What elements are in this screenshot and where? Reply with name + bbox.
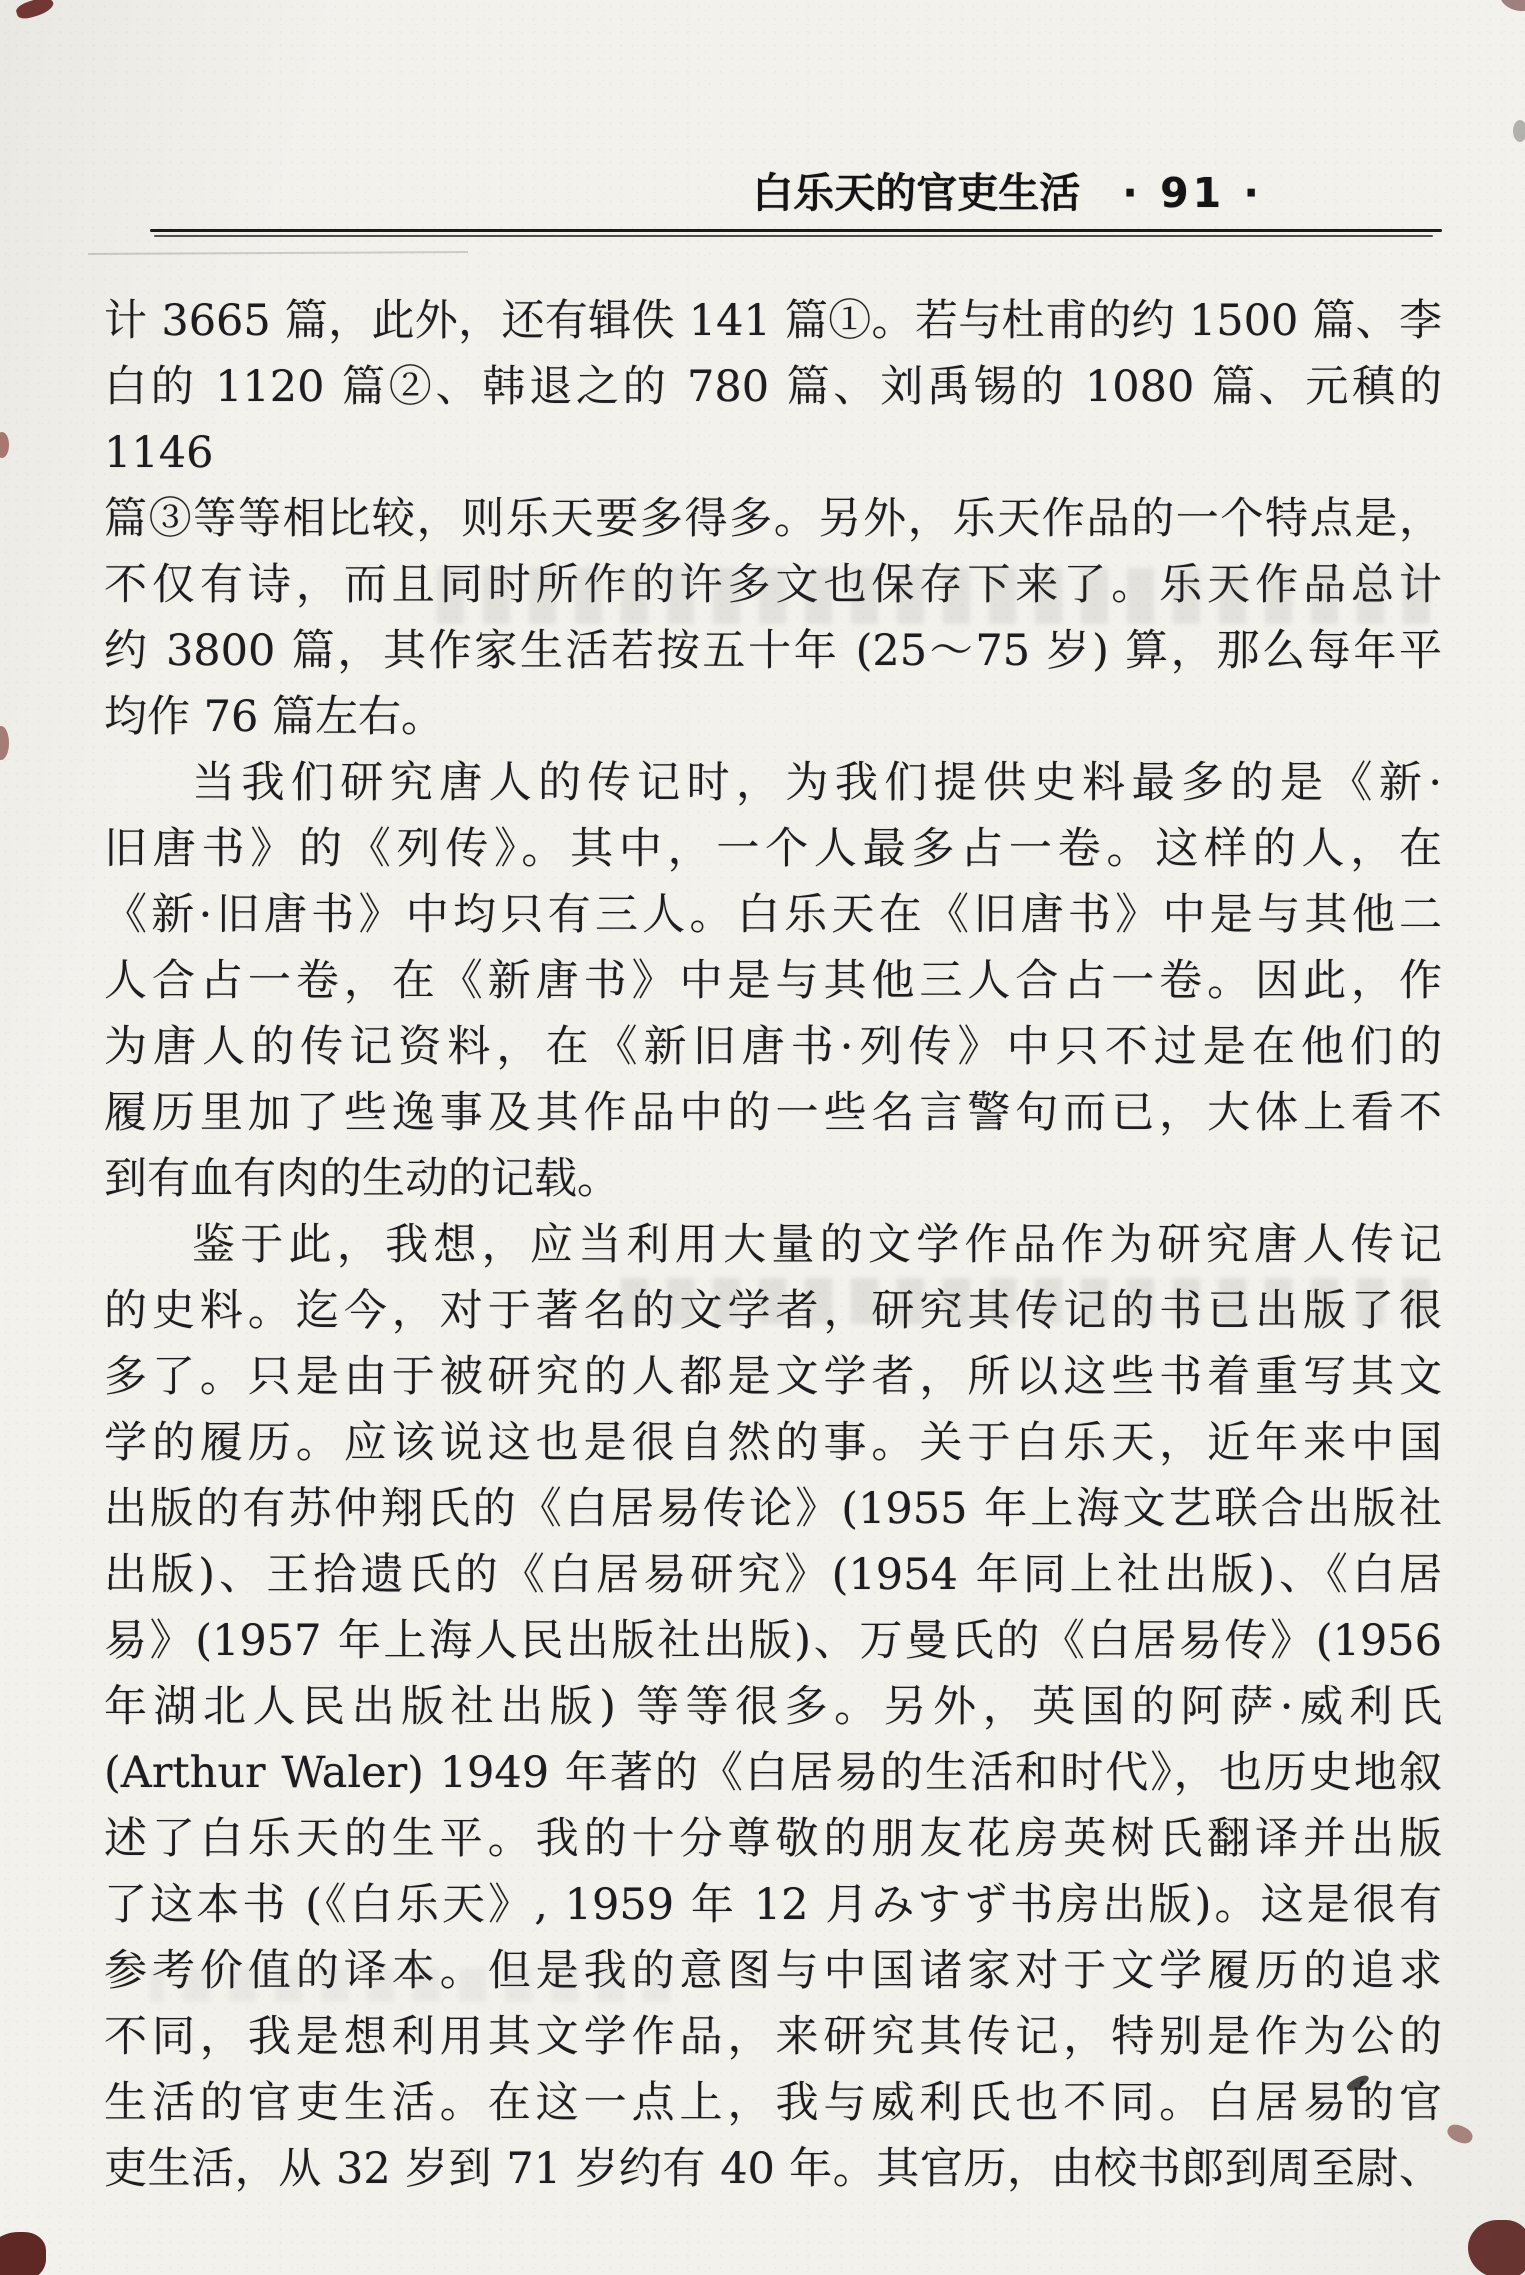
- chapter-title: 白乐天的官吏生活: [752, 160, 1080, 219]
- header-rule-shadow: [88, 251, 468, 255]
- paragraph: 当我们研究唐人的传记时，为我们提供史料最多的是《新· 旧唐书》的《列传》。其中，…: [104, 750, 1442, 1212]
- body-text: 计 3665 篇，此外，还有辑佚 141 篇①。若与杜甫的约 1500 篇、李 …: [104, 288, 1442, 2202]
- text-line: 篇③等等相比较，则乐天要多得多。另外，乐天作品的一个特点是，: [104, 486, 1442, 552]
- text-line: 不同，我是想利用其文学作品，来研究其传记，特别是作为公的: [104, 2004, 1442, 2070]
- text-line: 了这本书 (《白乐天》, 1959 年 12 月みすず书房出版)。这是很有: [104, 1872, 1442, 1938]
- paragraph: 鉴于此，我想，应当利用大量的文学作品作为研究唐人传记 的史料。迄今，对于著名的文…: [104, 1212, 1442, 2202]
- text-line: 人合占一卷，在《新唐书》中是与其他三人合占一卷。因此，作: [104, 948, 1442, 1014]
- ink-stain: [0, 432, 9, 458]
- text-line: 约 3800 篇，其作家生活若按五十年 (25～75 岁) 算，那么每年平: [104, 618, 1442, 684]
- text-line: 的史料。迄今，对于著名的文学者，研究其传记的书已出版了很: [104, 1278, 1442, 1344]
- text-line: 到有血有肉的生动的记载。: [104, 1146, 1442, 1212]
- ink-stain: [0, 2232, 46, 2275]
- text-line: 生活的官吏生活。在这一点上，我与威利氏也不同。白居易的官: [104, 2070, 1442, 2136]
- text-line: 不仅有诗，而且同时所作的许多文也保存下来了。乐天作品总计: [104, 552, 1442, 618]
- text-line: 《新·旧唐书》中均只有三人。白乐天在《旧唐书》中是与其他二: [104, 882, 1442, 948]
- text-line: 参考价值的译本。但是我的意图与中国诸家对于文学履历的追求: [104, 1938, 1442, 2004]
- ink-stain: [1445, 2121, 1475, 2146]
- text-line: 出版的有苏仲翔氏的《白居易传论》(1955 年上海文艺联合出版社: [104, 1476, 1442, 1542]
- text-line: 白的 1120 篇②、韩退之的 780 篇、刘禹锡的 1080 篇、元稹的 11…: [104, 354, 1442, 486]
- text-line: (Arthur Waler) 1949 年著的《白居易的生活和时代》，也历史地叙: [104, 1740, 1442, 1806]
- text-line: 易》(1957 年上海人民出版社出版)、万曼氏的《白居易传》(1956: [104, 1608, 1442, 1674]
- text-line: 履历里加了些逸事及其作品中的一些名言警句而已，大体上看不: [104, 1080, 1442, 1146]
- scanned-book-page: 白乐天的官吏生活 · 91 · 计 3665 篇，此外，还有辑佚 141 篇①。…: [0, 0, 1525, 2275]
- ink-stain: [1468, 2220, 1525, 2275]
- text-line: 当我们研究唐人的传记时，为我们提供史料最多的是《新·: [104, 750, 1442, 816]
- text-line: 鉴于此，我想，应当利用大量的文学作品作为研究唐人传记: [104, 1212, 1442, 1278]
- running-header: 白乐天的官吏生活 · 91 ·: [105, 160, 1263, 219]
- paragraph: 计 3665 篇，此外，还有辑佚 141 篇①。若与杜甫的约 1500 篇、李 …: [104, 288, 1442, 750]
- text-line: 吏生活，从 32 岁到 71 岁约有 40 年。其官历，由校书郎到周至尉、: [104, 2136, 1442, 2202]
- text-line: 旧唐书》的《列传》。其中，一个人最多占一卷。这样的人，在: [104, 816, 1442, 882]
- ink-stain: [0, 726, 9, 760]
- text-line: 计 3665 篇，此外，还有辑佚 141 篇①。若与杜甫的约 1500 篇、李: [104, 288, 1442, 354]
- page-number: · 91 ·: [1122, 169, 1263, 217]
- text-line: 学的履历。应该说这也是很自然的事。关于白乐天，近年来中国: [104, 1410, 1442, 1476]
- text-line: 为唐人的传记资料，在《新旧唐书·列传》中只不过是在他们的: [104, 1014, 1442, 1080]
- ink-stain: [1498, 0, 1525, 15]
- ink-stain: [1513, 120, 1525, 142]
- header-rule: [150, 229, 1442, 238]
- ink-stain: [14, 0, 55, 21]
- text-line: 均作 76 篇左右。: [104, 684, 1442, 750]
- text-line: 述了白乐天的生平。我的十分尊敬的朋友花房英树氏翻译并出版: [104, 1806, 1442, 1872]
- text-line: 出版)、王拾遗氏的《白居易研究》(1954 年同上社出版)、《白居: [104, 1542, 1442, 1608]
- text-line: 多了。只是由于被研究的人都是文学者，所以这些书着重写其文: [104, 1344, 1442, 1410]
- text-line: 年湖北人民出版社出版) 等等很多。另外，英国的阿萨·威利氏: [104, 1674, 1442, 1740]
